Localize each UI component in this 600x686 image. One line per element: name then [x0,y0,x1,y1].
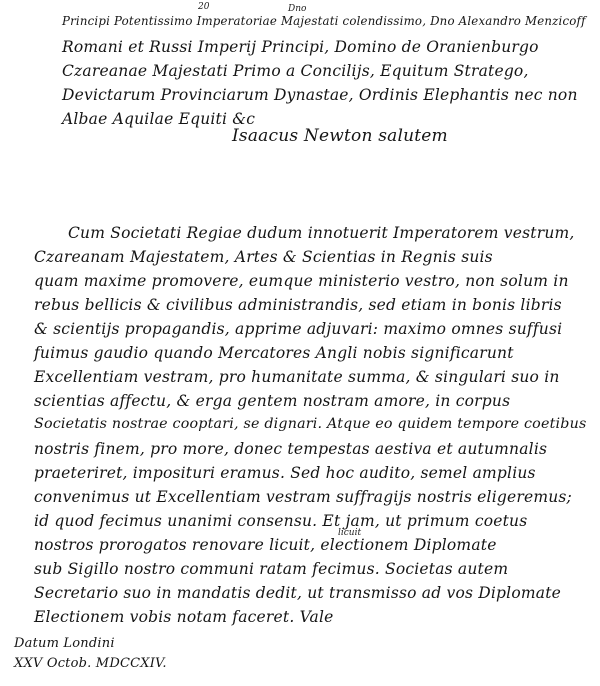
body-line-4: rebus bellicis & civilibus administrandi… [34,296,562,314]
sender-salutation: Isaacus Newton salutem [232,126,448,146]
address-line-1: Principi Potentissimo Imperatoriae Majes… [62,14,586,28]
manuscript-page: 20 Dno Principi Potentissimo Imperatoria… [0,0,600,686]
body-line-14: nostros prorogatos renovare licuit, elec… [34,536,497,554]
body-line-2: Czareanam Majestatem, Artes & Scientias … [34,248,493,266]
body-line-1: Cum Societati Regiae dudum innotuerit Im… [68,224,575,242]
body-line-15: sub Sigillo nostro communi ratam fecimus… [34,560,508,578]
body-line-12: convenimus ut Excellentiam vestram suffr… [34,488,572,506]
body-line-11: praeteriret, imposituri eramus. Sed hoc … [34,464,536,482]
address-line-5: Albae Aquilae Equiti &c [62,110,255,128]
superscript-20: 20 [198,2,209,12]
closing-date: XXV Octob. MDCCXIV. [14,656,167,671]
address-line-3: Czareanae Majestati Primo a Concilijs, E… [62,62,529,80]
body-line-5: & scientijs propagandis, apprime adjuvar… [34,320,562,338]
body-line-13: id quod fecimus unanimi consensu. Et jam… [34,512,527,530]
body-line-16: Secretario suo in mandatis dedit, ut tra… [34,584,561,602]
body-line-3: quam maxime promovere, eumque ministerio… [34,272,569,290]
address-line-4: Devictarum Provinciarum Dynastae, Ordini… [62,86,578,104]
body-line-6: fuimus gaudio quando Mercatores Angli no… [34,344,514,362]
body-line-7: Excellentiam vestram, pro humanitate sum… [34,368,560,386]
address-line-2: Romani et Russi Imperij Principi, Domino… [62,38,539,56]
body-line-9: Societatis nostrae cooptari, se dignari.… [34,416,586,432]
closing-place: Datum Londini [14,636,115,651]
superscript-dno: Dno [288,4,306,14]
body-line-17: Electionem vobis notam faceret. Vale [34,608,334,626]
body-line-8: scientias affectu, & erga gentem nostram… [34,392,510,410]
body-line-10: nostris finem, pro more, donec tempestas… [34,440,547,458]
